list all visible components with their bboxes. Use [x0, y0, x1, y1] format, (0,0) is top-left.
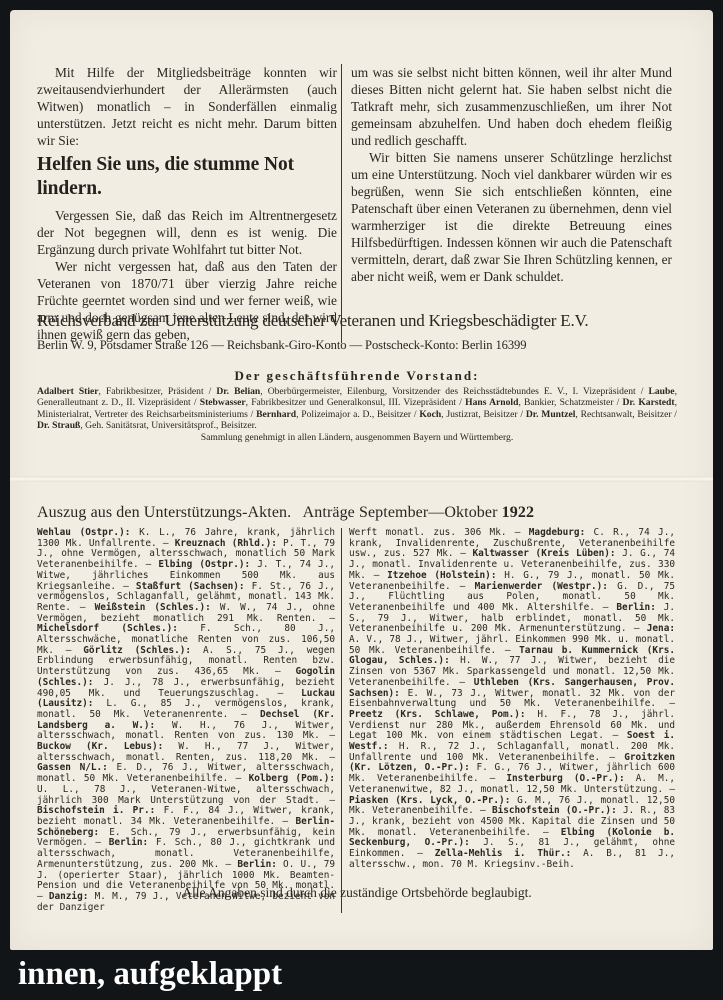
board-member-role: , Fabrikbesitzer und Generalkonsul, III.… [246, 397, 466, 408]
case-files-title: Auszug aus den Unterstützungs-Akten. [37, 504, 291, 521]
case-entry-place: Buckow (Kr. Lebus): [37, 741, 163, 752]
appeal-text: Mit Hilfe der Mitgliedsbeiträge konnten … [37, 64, 672, 343]
case-entry-place: Berlin: [237, 859, 277, 870]
board-member-role: , Geh. Sanitätsrat, Universitätsprof., B… [80, 420, 256, 431]
case-entry-place: Wehlau (Ostpr.): [37, 527, 130, 538]
case-entry-place: Bischofstein (O.-Pr.): [492, 805, 617, 816]
case-entry-place: Zella-Mehlis i. Thür.: [435, 848, 572, 859]
board-member-role: , Justizrat, Beisitzer / [441, 409, 526, 420]
board-member-name: Dr. Belian [216, 386, 260, 397]
case-files-year: 1922 [502, 504, 534, 521]
case-entry-place: Bischofstein i. Pr.: [37, 805, 155, 816]
appeal-paragraph-4: um was sie selbst nicht bitten können, w… [351, 64, 672, 149]
case-files-right-column: Werft monatl. zus. 306 Mk. — Magdeburg: … [342, 528, 675, 913]
case-files-left-column: Wehlau (Ostpr.): K. L., 76 Jahre, krank,… [37, 528, 342, 913]
appeal-paragraph-1: Mit Hilfe der Mitgliedsbeiträge konnten … [37, 64, 337, 149]
appeal-paragraph-5: Wir bitten Sie namens unserer Schützling… [351, 149, 672, 285]
case-entry-place: Gassen N/L.: [37, 762, 108, 773]
case-entry-place: Görlitz (Schles.): [83, 645, 191, 656]
case-entry-place: Weißstein (Schles.): [95, 602, 211, 613]
case-entry-place: Kaltwasser (Kreis Lüben): [472, 548, 615, 559]
case-entry-place: Piasken (Krs. Lyck, O.-Pr.): [349, 795, 510, 806]
board-member-name: Adalbert Stier [37, 386, 99, 397]
board-of-directors: Der geschäftsführende Vorstand: Adalbert… [37, 368, 677, 444]
case-entry-place: Berlin: [616, 602, 656, 613]
appeal-right-column: um was sie selbst nicht bitten können, w… [341, 64, 672, 343]
board-member-name: Hans Arnold [465, 397, 518, 408]
board-member-role: , Fabrikbesitzer, Präsident / [99, 386, 217, 397]
case-entry-place: Jena: [647, 623, 675, 634]
board-member-role: , Polizeimajor a. D., Beisitzer / [296, 409, 419, 420]
collection-approval-note: Sammlung genehmigt in allen Ländern, aus… [37, 432, 677, 444]
board-member-name: Dr. Strauß [37, 420, 80, 431]
appeal-paragraph-2: Vergessen Sie, daß das Reich im Altrentn… [37, 207, 337, 258]
board-title: Der geschäftsführende Vorstand: [37, 368, 677, 384]
case-entry-place: Kreuznach (Rhld.): [175, 538, 277, 549]
case-entry-place: Kolberg (Pom.): [249, 773, 335, 784]
fold-crease [10, 476, 713, 482]
case-entry-place: Staßfurt (Sachsen): [136, 581, 245, 592]
case-files-heading: Auszug aus den Unterstützungs-Akten. Ant… [37, 502, 677, 524]
case-entry: Buckow (Kr. Lebus): W. H., 77 J., Witwer… [37, 741, 335, 763]
board-member-role: , Bankier, Schatzmeister / [518, 397, 622, 408]
organization-address: Berlin W. 9, Potsdamer Straße 126 — Reic… [37, 336, 677, 354]
case-entry-place: Insterburg (O.-Pr.): [506, 773, 624, 784]
appeal-slogan: Helfen Sie uns, die stumme Not lindern. [37, 153, 337, 201]
organization-name: Reichsverband zur Unterstützung deutsche… [37, 310, 677, 332]
board-member-name: Laube [648, 386, 674, 397]
image-caption: innen, aufgeklappt [18, 955, 282, 993]
case-entry-place: Magdeburg: [529, 527, 585, 538]
case-files-period: Anträge September—Oktober [303, 504, 498, 521]
board-member-name: Dr. Karstedt [622, 397, 674, 408]
board-member-name: Koch [419, 409, 441, 420]
case-entry-place: Preetz (Krs. Schlawe, Pom.): [349, 709, 526, 720]
case-files: Wehlau (Ostpr.): K. L., 76 Jahre, krank,… [37, 528, 677, 913]
case-entry-place: Michelsdorf (Schles.): [37, 623, 178, 634]
case-entry: Werft monatl. zus. 306 Mk. — [349, 527, 529, 538]
board-member-name: Bernhard [256, 409, 296, 420]
organization-header: Reichsverband zur Unterstützung deutsche… [37, 310, 677, 354]
board-member-name: Dr. Muntzel [526, 409, 576, 420]
case-entry-place: Elbing (Ostpr.): [158, 559, 250, 570]
case-entry: Bischofstein i. Pr.: F. F., 84 J., Witwe… [37, 805, 335, 827]
case-entry-place: Berlin: [109, 837, 149, 848]
case-entry-place: Marienwerder (Westpr.): [475, 581, 608, 592]
board-members: Adalbert Stier, Fabrikbesitzer, Präsiden… [37, 386, 677, 432]
board-member-name: Stebwasser [200, 397, 246, 408]
certification-note: Alle Angaben sind durch die zuständige O… [37, 884, 677, 901]
appeal-left-column: Mit Hilfe der Mitgliedsbeiträge konnten … [37, 64, 341, 343]
case-entry-text: Werft monatl. zus. 306 Mk. — [349, 527, 529, 538]
case-entry-place: Itzehoe (Holstein): [387, 570, 496, 581]
board-member-role: , Rechtsanwalt, Beisitzer / [575, 409, 677, 420]
case-entry-text: U. L., 78 J., Veteranen-Witwe, alterssch… [37, 784, 335, 806]
board-member-role: , Oberbürgermeister, Eilenburg, Vorsitze… [260, 386, 648, 397]
